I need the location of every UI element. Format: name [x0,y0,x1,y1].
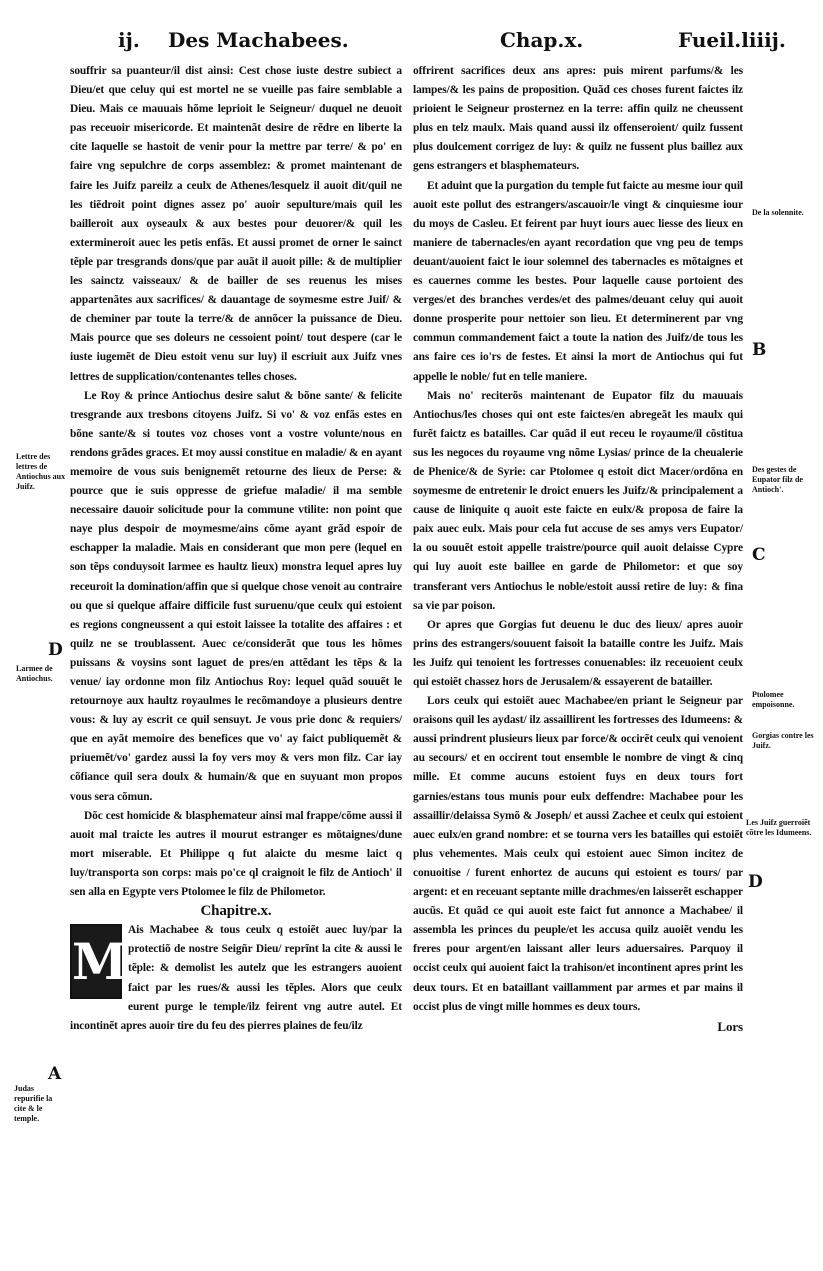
margin-note: Judas repurifie la cite & le temple. [14,1084,66,1124]
paragraph: Le Roy & prince Antiochus desire salut &… [70,387,402,807]
paragraph: Or apres que Gorgias fut deuenu le duc d… [413,616,743,692]
paragraph: offrirent sacrifices deux ans apres: pui… [413,62,743,177]
chapter-heading: Chapitre.x. [70,902,402,921]
margin-note: Les Juifz guerroiẽt cõtre les Idumeens. [746,818,812,838]
section-letter-d: D [748,872,763,892]
book-title: Des Machabees. [168,28,349,52]
right-column: offrirent sacrifices deux ans apres: pui… [413,62,743,1036]
paragraph: Lors ceulx qui estoiẽt auec Machabee/en … [413,692,743,1017]
decorated-initial: M [70,924,122,999]
left-column: souffrir sa puanteur/il dist ainsi: Cest… [70,62,402,1036]
paragraph: Et aduint que la purgation du temple fut… [413,177,743,387]
catchword: Lors [413,1017,743,1036]
margin-note: Gorgias contre les Juifz. [752,731,814,751]
section-letter-b: B [752,340,766,360]
paragraph: Dõc cest homicide & blasphemateur ainsi … [70,807,402,902]
section-letter-c: C [752,545,766,565]
margin-note: Larmee de Antiochus. [16,664,68,684]
margin-note: De la solennite. [752,208,814,218]
margin-note: Ptolomee empoisonne. [752,690,814,710]
book-number: ij. [118,28,140,52]
section-letter-d: D [48,640,63,660]
section-letter-a: A [48,1064,61,1084]
paragraph: souffrir sa puanteur/il dist ainsi: Cest… [70,62,402,387]
book-page: ij. Des Machabees. Chap.x. Fueil.liiij. … [0,0,823,1271]
margin-note: Lettre des lettres de Antiochus aux Juif… [16,452,68,492]
margin-note: Des gestes de Eupator filz de Antioch'. [752,465,814,495]
running-head: ij. Des Machabees. Chap.x. Fueil.liiij. [0,28,823,58]
chapter-indicator: Chap.x. [500,28,583,52]
folio-number: Fueil.liiij. [678,28,786,52]
paragraph: Mais no' reciterõs maintenant de Eupator… [413,387,743,616]
